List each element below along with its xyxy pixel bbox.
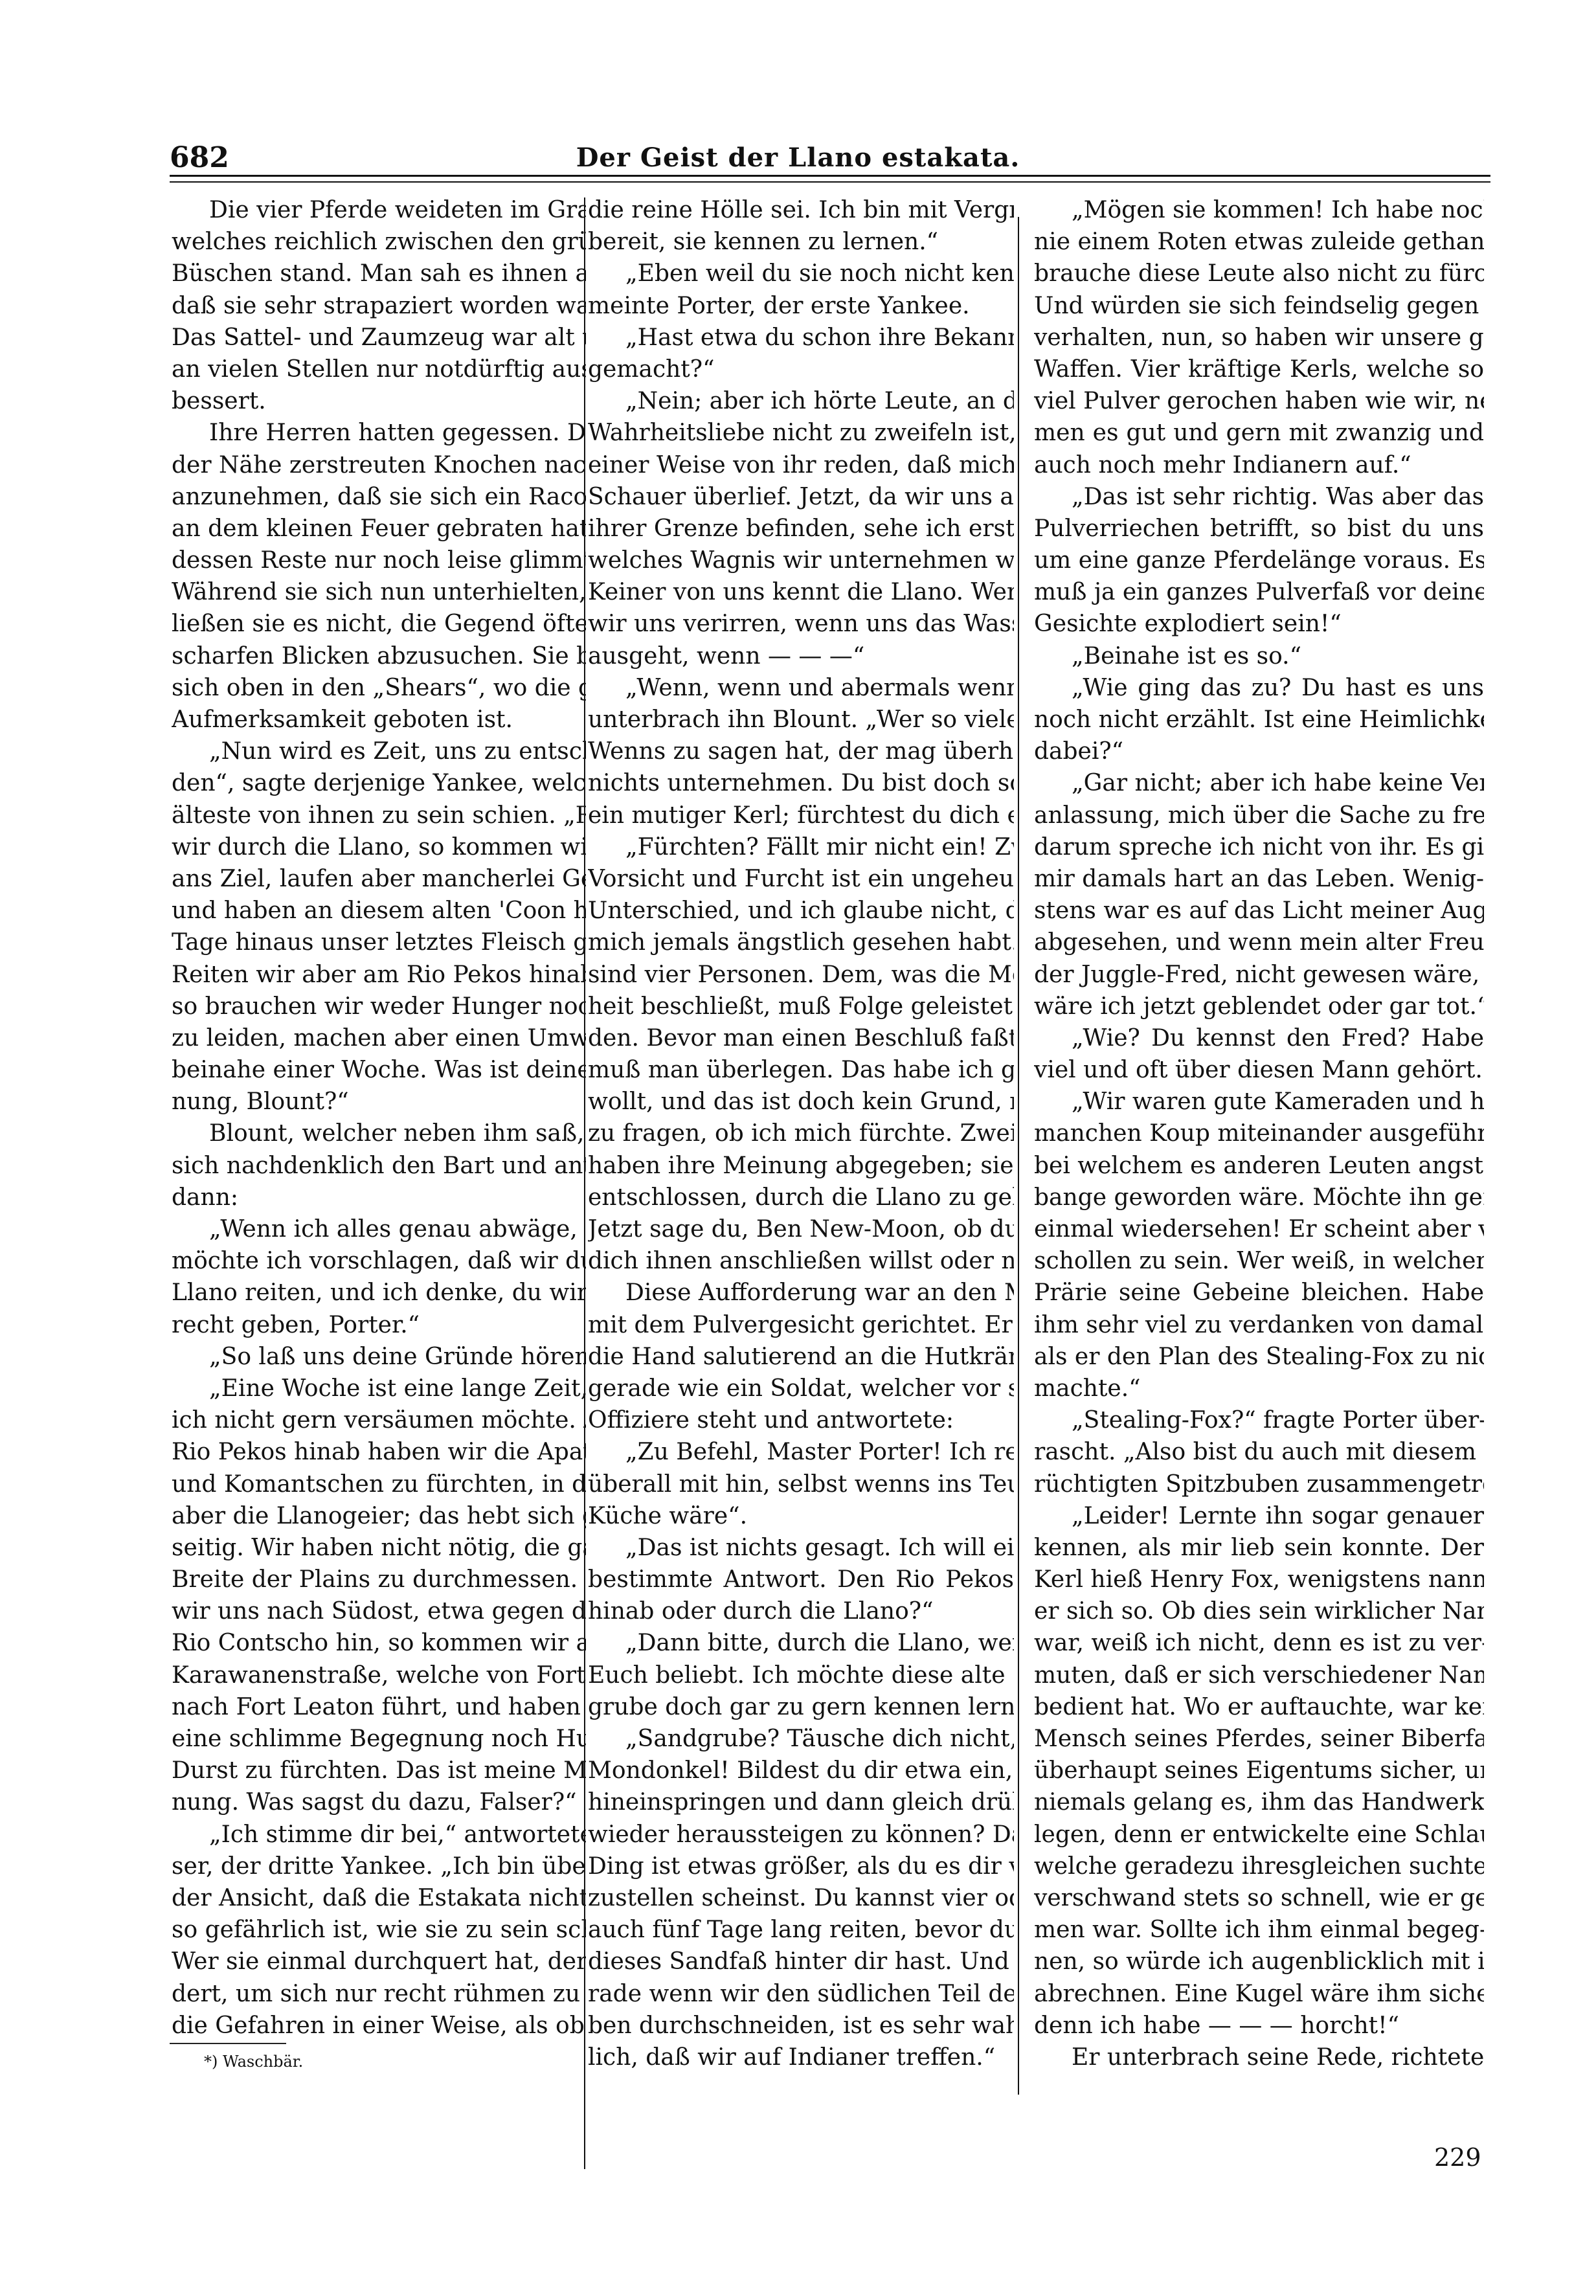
text-line: niemals gelang es, ihm das Handwerk zu [1034,1786,1484,1818]
text-line: Keiner von uns kennt die Llano. Wenn [588,576,1014,608]
text-line: schollen zu sein. Wer weiß, in welcher [1034,1245,1484,1277]
text-line: älteste von ihnen zu sein schien. „Reite… [172,800,586,831]
text-line: war, weiß ich nicht, denn es ist zu ver- [1034,1627,1484,1659]
text-line: dann: [172,1182,586,1213]
text-line: Breite der Plains zu durchmessen. Halten [172,1564,586,1595]
text-line: zu leiden, machen aber einen Umweg von [172,1022,586,1054]
text-line: Waffen. Vier kräftige Kerls, welche so [1034,354,1484,385]
text-line: an vielen Stellen nur notdürftig ausge- [172,354,586,385]
text-line: Mensch seines Pferdes, seiner Biberfalle… [1034,1723,1484,1755]
text-line: wir uns verirren, wenn uns das Wasser [588,608,1014,640]
text-line: denn ich habe — — — horcht!“ [1034,2010,1484,2042]
text-line: grube doch gar zu gern kennen lernen.“ [588,1691,1014,1723]
text-line: als er den Plan des Stealing-Fox zu nich… [1034,1341,1484,1373]
text-line: eine schlimme Begegnung noch Hunger oder [172,1723,586,1755]
text-line: Büschen stand. Man sah es ihnen an, [172,258,586,289]
text-line: nach Fort Leaton führt, und haben weder [172,1691,586,1723]
text-line: stens war es auf das Licht meiner Augen [1034,895,1484,927]
text-line: „Dann bitte, durch die Llano, wenn's [588,1627,1014,1659]
text-line: nung. Was sagst du dazu, Falser?“ [172,1786,586,1818]
text-line: viel und oft über diesen Mann gehört.“ [1034,1054,1484,1086]
text-line: ihrer Grenze befinden, sehe ich erst ein… [588,513,1014,545]
text-line: ben durchschneiden, ist es sehr wahrsche… [588,2010,1014,2042]
text-line: so gefährlich ist, wie sie zu sein schei… [172,1914,586,1946]
text-line: muß man überlegen. Das habe ich ge- [588,1054,1014,1086]
text-line: Blount, welcher neben ihm saß, strich [172,1118,586,1149]
text-line: legen, denn er entwickelte eine Schlauhe… [1034,1819,1484,1851]
text-line: wollt, und das ist doch kein Grund, mich [588,1086,1014,1118]
text-line: Er unterbrach seine Rede, richtete sich [1034,2042,1484,2073]
text-line: ließen sie es nicht, die Gegend öfters m… [172,608,586,640]
text-line: „Beinahe ist es so.“ [1034,640,1484,672]
text-line: abrechnen. Eine Kugel wäre ihm sicher, [1034,1978,1484,2010]
text-line: hineinspringen und dann gleich drüben [588,1786,1014,1818]
text-line: „Wie ging das zu? Du hast es uns [1034,672,1484,704]
text-line: ein mutiger Kerl; fürchtest du dich etwa… [588,800,1014,831]
text-line: die Hand salutierend an die Hutkrämpe, [588,1341,1014,1373]
running-title: Der Geist der Llano estakata. [0,142,1596,173]
text-line: Mondonkel! Bildest du dir etwa ein, hübe… [588,1755,1014,1786]
text-line: Gesichte explodiert sein!“ [1034,608,1484,640]
text-line: rascht. „Also bist du auch mit diesem be… [1034,1436,1484,1468]
text-line: der Ansicht, daß die Estakata nicht halb [172,1882,586,1914]
text-line: „Mögen sie kommen! Ich habe noch [1034,194,1484,226]
text-line: zu fragen, ob ich mich fürchte. Zwei [588,1118,1014,1149]
text-line: nen, so würde ich augenblicklich mit ihm [1034,1946,1484,1977]
text-line: Die vier Pferde weideten im Grase, [172,194,586,226]
text-line: auch fünf Tage lang reiten, bevor du [588,1914,1014,1946]
text-line: ser, der dritte Yankee. „Ich bin überhau… [172,1851,586,1882]
text-line: wir durch die Llano, so kommen wir eher [172,831,586,863]
text-line: ausgeht, wenn — — —“ [588,640,1014,672]
text-line: so brauchen wir weder Hunger noch Durst [172,991,586,1022]
text-line: „Das ist sehr richtig. Was aber das [1034,481,1484,513]
text-line: dabei?“ [1034,736,1484,767]
text-line: beinahe einer Woche. Was ist deine Mei- [172,1054,586,1086]
text-line: dert, um sich nur recht rühmen zu können… [172,1978,586,2010]
text-line: den. Bevor man einen Beschluß faßt, [588,1022,1014,1054]
text-line: „Ich stimme dir bei,“ antwortete Fal- [172,1819,586,1851]
text-line: „Wenn ich alles genau abwäge, so [172,1213,586,1245]
text-line: er sich so. Ob dies sein wirklicher Name [1034,1595,1484,1627]
text-line: darum spreche ich nicht von ihr. Es ging [1034,831,1484,863]
text-line: scharfen Blicken abzusuchen. Sie befande… [172,640,586,672]
text-line: und Komantschen zu fürchten, in den Plai… [172,1469,586,1500]
text-line: seitig. Wir haben nicht nötig, die ganze [172,1532,586,1564]
text-line: abgesehen, und wenn mein alter Freund, [1034,927,1484,958]
text-line: gemacht?“ [588,354,1014,385]
text-line: Wer sie einmal durchquert hat, der schil… [172,1946,586,1977]
text-line: men war. Sollte ich ihm einmal begeg- [1034,1914,1484,1946]
text-line: „Wenn, wenn und abermals wenn!“ [588,672,1014,704]
text-line: viel Pulver gerochen haben wie wir, neh- [1034,385,1484,417]
text-line: Rio Pekos hinab haben wir die Apatschen [172,1436,586,1468]
text-line: dieses Sandfaß hinter dir hast. Und ge- [588,1946,1014,1977]
text-line: nichts unternehmen. Du bist doch sonst [588,767,1014,799]
text-line: Durst zu fürchten. Das ist meine Mei- [172,1755,586,1786]
text-line: nie einem Roten etwas zuleide gethan und [1034,226,1484,258]
text-line: mich jemals ängstlich gesehen habt. Wir [588,927,1014,958]
text-line: bedient hat. Wo er auftauchte, war kein [1034,1691,1484,1723]
text-line: Pulverriechen betrifft, so bist du uns [1034,513,1484,545]
text-line: einer Weise von ihr reden, daß mich ein [588,449,1014,481]
text-line: ans Ziel, laufen aber mancherlei Gefahr [172,863,586,895]
text-line: „Wie? Du kennst den Fred? Habe [1034,1022,1484,1054]
text-line: „Nun wird es Zeit, uns zu entschei- [172,736,586,767]
text-line: verschwand stets so schnell, wie er geko… [1034,1882,1484,1914]
text-line: wieder heraussteigen zu können? Das [588,1819,1014,1851]
text-line: nung, Blount?“ [172,1086,586,1118]
text-line: „So laß uns deine Gründe hören!“ [172,1341,586,1373]
text-line: manchen Koup miteinander ausgeführt, [1034,1118,1484,1149]
text-line: überhaupt seines Eigentums sicher, und [1034,1755,1484,1786]
text-line: sind vier Personen. Dem, was die Mehr- [588,959,1014,991]
text-line: daß sie sehr strapaziert worden waren. [172,290,586,322]
column-2: die reine Hölle sei. Ich bin mit Vergnüg… [588,194,1014,2073]
text-line: „Das ist nichts gesagt. Ich will eine [588,1532,1014,1564]
text-line: Diese Aufforderung war an den Mann [588,1277,1014,1309]
text-line: brauche diese Leute also nicht zu fürcht… [1034,258,1484,289]
text-line: Das Sattel- und Zaumzeug war alt und [172,322,586,354]
text-line: Vorsicht und Furcht ist ein ungeheurer [588,863,1014,895]
text-line: den“, sagte derjenige Yankee, welcher de… [172,767,586,799]
footnote: *) Waschbär. [204,2053,303,2071]
text-line: Wenns zu sagen hat, der mag überhaupt [588,736,1014,767]
text-line: dich ihnen anschließen willst oder nicht… [588,1245,1014,1277]
text-line: Und würden sie sich feindselig gegen uns [1034,290,1484,322]
header-rule [170,175,1490,177]
text-line: die reine Hölle sei. Ich bin mit Vergnüg… [588,194,1014,226]
text-line: Llano reiten, und ich denke, du wirst mi… [172,1277,586,1309]
text-line: welches Wagnis wir unternehmen wollen. [588,545,1014,576]
text-line: Prärie seine Gebeine bleichen. Habe [1034,1277,1484,1309]
text-line: Aufmerksamkeit geboten ist. [172,704,586,736]
text-line: bessert. [172,385,586,417]
text-line: anzunehmen, daß sie sich ein Racoon *) [172,481,586,513]
text-line: aber die Llanogeier; das hebt sich gegen… [172,1500,586,1532]
text-line: „Stealing-Fox?“ fragte Porter über- [1034,1404,1484,1436]
text-line: bestimmte Antwort. Den Rio Pekos [588,1564,1014,1595]
text-line: anlassung, mich über die Sache zu freuen… [1034,800,1484,831]
text-line: Jetzt sage du, Ben New-Moon, ob du [588,1213,1014,1245]
text-line: kennen, als mir lieb sein konnte. Der [1034,1532,1484,1564]
text-line: einmal wiedersehen! Er scheint aber ver- [1034,1213,1484,1245]
text-line: Unterschied, und ich glaube nicht, daß i… [588,895,1014,927]
page-number-bottom: 229 [1434,2143,1481,2172]
text-line: muß ja ein ganzes Pulverfaß vor deinem [1034,576,1484,608]
column-1: Die vier Pferde weideten im Grase,welche… [172,194,586,2042]
text-line: „Nein; aber ich hörte Leute, an deren [588,385,1014,417]
text-line: ihm sehr viel zu verdanken von damals, [1034,1309,1484,1341]
text-line: wir uns nach Südost, etwa gegen den [172,1595,586,1627]
text-line: welches reichlich zwischen den grünen [172,226,586,258]
text-line: Wahrheitsliebe nicht zu zweifeln ist, in [588,417,1014,449]
text-line: bei welchem es anderen Leuten angst und [1034,1150,1484,1182]
text-line: zustellen scheinst. Du kannst vier oder [588,1882,1014,1914]
text-line: dessen Reste nur noch leise glimmten. [172,545,586,576]
text-line: „Sandgrube? Täusche dich nicht, alter [588,1723,1014,1755]
header-rule-thin [170,181,1490,183]
text-line: der Nähe zerstreuten Knochen nach war [172,449,586,481]
text-line: recht geben, Porter.“ [172,1309,586,1341]
text-line: meinte Porter, der erste Yankee. [588,290,1014,322]
text-line: Reiten wir aber am Rio Pekos hinab, [172,959,586,991]
text-line: um eine ganze Pferdelänge voraus. Es [1034,545,1484,576]
text-line: noch nicht erzählt. Ist eine Heimlichkei… [1034,704,1484,736]
text-line: Karawanenstraße, welche von Fort Mason [172,1660,586,1691]
text-line: heit beschließt, muß Folge geleistet wer… [588,991,1014,1022]
text-line: hinab oder durch die Llano?“ [588,1595,1014,1627]
text-line: lich, daß wir auf Indianer treffen.“ [588,2042,1014,2073]
text-line: Ding ist etwas größer, als du es dir vor… [588,1851,1014,1882]
text-line: Während sie sich nun unterhielten, unter… [172,576,586,608]
text-line: mit dem Pulvergesicht gerichtet. Er legt… [588,1309,1014,1341]
text-line: haben ihre Meinung abgegeben; sie sind [588,1150,1014,1182]
text-line: muten, daß er sich verschiedener Namen [1034,1660,1484,1691]
text-line: die Gefahren in einer Weise, als ob sie [172,2010,586,2042]
text-line: der Juggle-Fred, nicht gewesen wäre, so [1034,959,1484,991]
text-line: unterbrach ihn Blount. „Wer so viele [588,704,1014,736]
text-line: entschlossen, durch die Llano zu gehen. [588,1182,1014,1213]
text-line: „Zu Befehl, Master Porter! Ich reite [588,1436,1014,1468]
text-line: „Eben weil du sie noch nicht kennst!“ [588,258,1014,289]
text-line: überall mit hin, selbst wenns ins Teufel… [588,1469,1014,1500]
text-line: Tage hinaus unser letztes Fleisch gegess… [172,927,586,958]
text-line: Offiziere steht und antwortete: [588,1404,1014,1436]
text-line: sich oben in den „Shears“, wo die größte [172,672,586,704]
text-line: möchte ich vorschlagen, daß wir durch di… [172,1245,586,1277]
text-line: sich nachdenklich den Bart und antwortet… [172,1150,586,1182]
text-line: mir damals hart an das Leben. Wenig- [1034,863,1484,895]
text-line: wäre ich jetzt geblendet oder gar tot.“ [1034,991,1484,1022]
text-line: welche geradezu ihresgleichen suchte. Er [1034,1851,1484,1882]
text-line: ich nicht gern versäumen möchte. Am [172,1404,586,1436]
text-line: „Leider! Lernte ihn sogar genauer [1034,1500,1484,1532]
column-separator [584,197,585,2169]
text-line: und haben an diesem alten 'Coon hier für [172,895,586,927]
text-line: machte.“ [1034,1373,1484,1404]
text-line: rüchtigten Spitzbuben zusammengetroffen?… [1034,1469,1484,1500]
text-line: Küche wäre“. [588,1500,1014,1532]
column-separator [1018,217,1019,2095]
text-line: men es gut und gern mit zwanzig und [1034,417,1484,449]
text-line: „Wir waren gute Kameraden und haben [1034,1086,1484,1118]
text-line: Ihre Herren hatten gegessen. Den in [172,417,586,449]
text-line: an dem kleinen Feuer gebraten hatten, [172,513,586,545]
text-line: verhalten, nun, so haben wir unsere gute… [1034,322,1484,354]
footnote-rule [170,2043,286,2044]
text-line: „Fürchten? Fällt mir nicht ein! Zwischen [588,831,1014,863]
text-line: rade wenn wir den südlichen Teil dessel- [588,1978,1014,2010]
text-line: bereit, sie kennen zu lernen.“ [588,226,1014,258]
text-line: „Hast etwa du schon ihre Bekanntschaft [588,322,1014,354]
text-line: Euch beliebt. Ich möchte diese alte Sand… [588,1660,1014,1691]
text-line: gerade wie ein Soldat, welcher vor seine… [588,1373,1014,1404]
text-line: Kerl hieß Henry Fox, wenigstens nannte [1034,1564,1484,1595]
column-3: „Mögen sie kommen! Ich habe nochnie eine… [1034,194,1484,2073]
text-line: auch noch mehr Indianern auf.“ [1034,449,1484,481]
text-line: bange geworden wäre. Möchte ihn gern [1034,1182,1484,1213]
text-line: „Gar nicht; aber ich habe keine Ver- [1034,767,1484,799]
text-line: Rio Contscho hin, so kommen wir auf die [172,1627,586,1659]
text-line: Schauer überlief. Jetzt, da wir uns an [588,481,1014,513]
text-line: „Eine Woche ist eine lange Zeit, welche [172,1373,586,1404]
